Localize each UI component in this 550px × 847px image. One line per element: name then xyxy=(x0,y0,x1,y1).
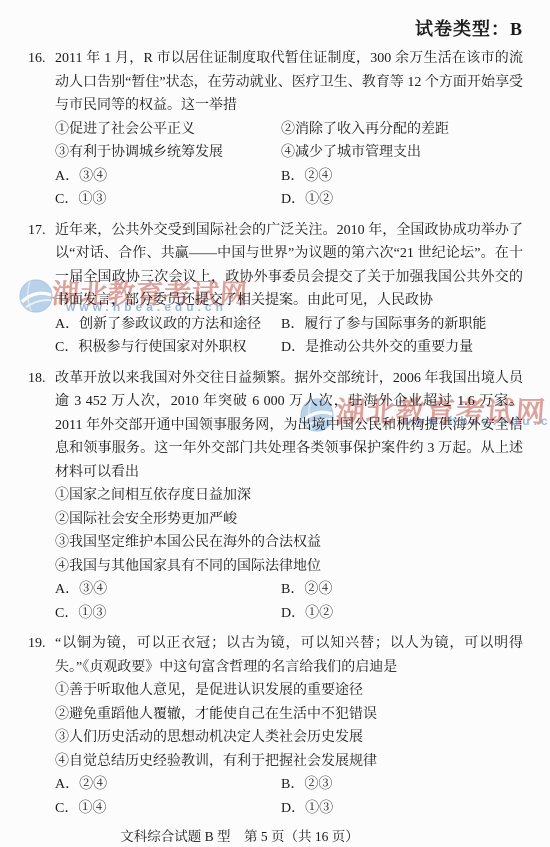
paper-type-label: 试卷类型：B xyxy=(28,16,523,42)
answer-choices: A．③④ B．②④ C．①③ D．①② xyxy=(55,578,523,625)
sub-option: ③有利于协调城乡统筹发展 xyxy=(55,141,281,165)
answer-choices: A．③④ B．②④ C．①③ D．①② xyxy=(55,165,523,212)
sub-options: ①促进了社会公平正义 ②消除了收入再分配的差距 ③有利于协调城乡统筹发展 ④减少… xyxy=(55,118,523,165)
page-content: 试卷类型：B 16. 2011 年 1 月，R 市以居住证制度取代暂住证制度，3… xyxy=(0,0,550,847)
choice-d: D．①② xyxy=(281,188,523,212)
sub-option: ②国际社会安全形势更加严峻 xyxy=(55,508,523,532)
sub-option: ②避免重蹈他人覆辙，才能使自己在生活中不犯错误 xyxy=(55,703,523,727)
question-19: 19. “以铜为镜，可以正衣冠；以古为镜，可以知兴替；以人为镜，可以明得失。”《… xyxy=(28,632,523,820)
question-stem: 改革开放以来我国对外交往日益频繁。据外交部统计，2006 年我国出境人员逾 3 … xyxy=(55,367,523,485)
question-number: 18. xyxy=(28,367,55,485)
sub-option: ①国家之间相互依存度日益加深 xyxy=(55,484,523,508)
choice-a: A．创新了参政议政的方法和途径 xyxy=(55,313,281,337)
choice-d: D．是推动公共外交的重要力量 xyxy=(281,336,523,360)
exam-page: 湖北教育考试网 www.hbea.edu.cn 湖北教育考试网 www.hbea… xyxy=(0,0,550,847)
question-stem: “以铜为镜，可以正衣冠；以古为镜，可以知兴替；以人为镜，可以明得失。”《贞观政要… xyxy=(55,632,523,679)
question-stem: 近年来，公共外交受到国际社会的广泛关注。2010 年，全国政协成功举办了以“对话… xyxy=(55,219,523,313)
choice-b: B．履行了参与国际事务的新职能 xyxy=(281,313,523,337)
choice-c: C．①③ xyxy=(55,602,281,626)
question-17: 17. 近年来，公共外交受到国际社会的广泛关注。2010 年，全国政协成功举办了… xyxy=(28,219,523,360)
sub-option: ①促进了社会公平正义 xyxy=(55,118,281,142)
question-number: 19. xyxy=(28,632,55,679)
page-footer: 文科综合试题 B 型 第 5 页（共 16 页） xyxy=(28,827,523,847)
answer-choices: A．②④ B．②③ C．①④ D．①③ xyxy=(55,773,523,820)
answer-choices: A．创新了参政议政的方法和途径 B．履行了参与国际事务的新职能 C．积极参与行使… xyxy=(55,313,523,360)
question-number: 16. xyxy=(28,47,55,118)
question-16: 16. 2011 年 1 月，R 市以居住证制度取代暂住证制度，300 余万生活… xyxy=(28,47,523,212)
choice-c: C．积极参与行使国家对外职权 xyxy=(55,336,281,360)
question-number: 17. xyxy=(28,219,55,313)
sub-options: ①善于听取他人意见，是促进认识发展的重要途径 ②避免重蹈他人覆辙，才能使自己在生… xyxy=(55,679,523,773)
choice-c: C．①④ xyxy=(55,797,281,821)
choice-b: B．②④ xyxy=(281,578,523,602)
choice-b: B．②③ xyxy=(281,773,523,797)
sub-option: ③我国坚定维护本国公民在海外的合法权益 xyxy=(55,531,523,555)
sub-option: ④减少了城市管理支出 xyxy=(281,141,523,165)
sub-option: ③人们历史活动的思想动机决定人类社会历史发展 xyxy=(55,726,523,750)
choice-a: A．②④ xyxy=(55,773,281,797)
question-stem: 2011 年 1 月，R 市以居住证制度取代暂住证制度，300 余万生活在该市的… xyxy=(55,47,523,118)
sub-option: ②消除了收入再分配的差距 xyxy=(281,118,523,142)
question-18: 18. 改革开放以来我国对外交往日益频繁。据外交部统计，2006 年我国出境人员… xyxy=(28,367,523,626)
choice-a: A．③④ xyxy=(55,165,281,189)
choice-d: D．①③ xyxy=(281,797,523,821)
sub-options: ①国家之间相互依存度日益加深 ②国际社会安全形势更加严峻 ③我国坚定维护本国公民… xyxy=(55,484,523,578)
choice-a: A．③④ xyxy=(55,578,281,602)
sub-option: ④我国与其他国家具有不同的国际法律地位 xyxy=(55,555,523,579)
choice-c: C．①③ xyxy=(55,188,281,212)
choice-d: D．①② xyxy=(281,602,523,626)
choice-b: B．②④ xyxy=(281,165,523,189)
sub-option: ④自觉总结历史经验教训，有利于把握社会发展规律 xyxy=(55,750,523,774)
sub-option: ①善于听取他人意见，是促进认识发展的重要途径 xyxy=(55,679,523,703)
